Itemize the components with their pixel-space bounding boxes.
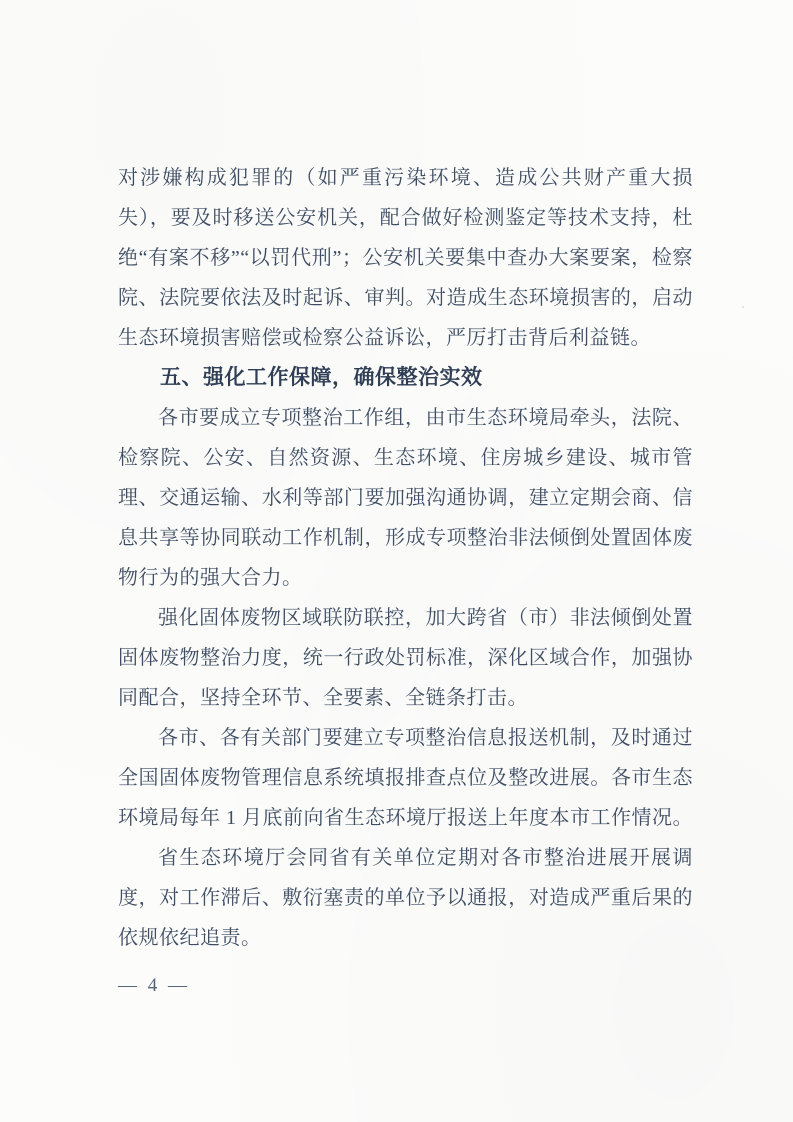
paragraph-regional-joint-control: 强化固体废物区域联防联控，加大跨省（市）非法倾倒处置固体废物整治力度，统一行政处… bbox=[118, 598, 693, 718]
document-body: 对涉嫌构成犯罪的（如严重污染环境、造成公共财产重大损失），要及时移送公安机关，配… bbox=[118, 158, 693, 958]
paragraph-criminal-transfer: 对涉嫌构成犯罪的（如严重污染环境、造成公共财产重大损失），要及时移送公安机关，配… bbox=[118, 158, 693, 358]
scan-speck bbox=[577, 613, 579, 616]
document-page: 对涉嫌构成犯罪的（如严重污染环境、造成公共财产重大损失），要及时移送公安机关，配… bbox=[0, 0, 793, 1122]
section-heading-5: 五、强化工作保障，确保整治实效 bbox=[118, 358, 693, 398]
scan-speck bbox=[742, 306, 744, 308]
paragraph-accountability: 省生态环境厅会同省有关单位定期对各市整治进展开展调度，对工作滞后、敷衍塞责的单位… bbox=[118, 838, 693, 958]
page-number: — 4 — bbox=[118, 966, 190, 1006]
paragraph-info-reporting: 各市、各有关部门要建立专项整治信息报送机制，及时通过全国固体废物管理信息系统填报… bbox=[118, 718, 693, 838]
scan-speck bbox=[654, 456, 657, 458]
paragraph-work-group: 各市要成立专项整治工作组，由市生态环境局牵头，法院、检察院、公安、自然资源、生态… bbox=[118, 398, 693, 598]
